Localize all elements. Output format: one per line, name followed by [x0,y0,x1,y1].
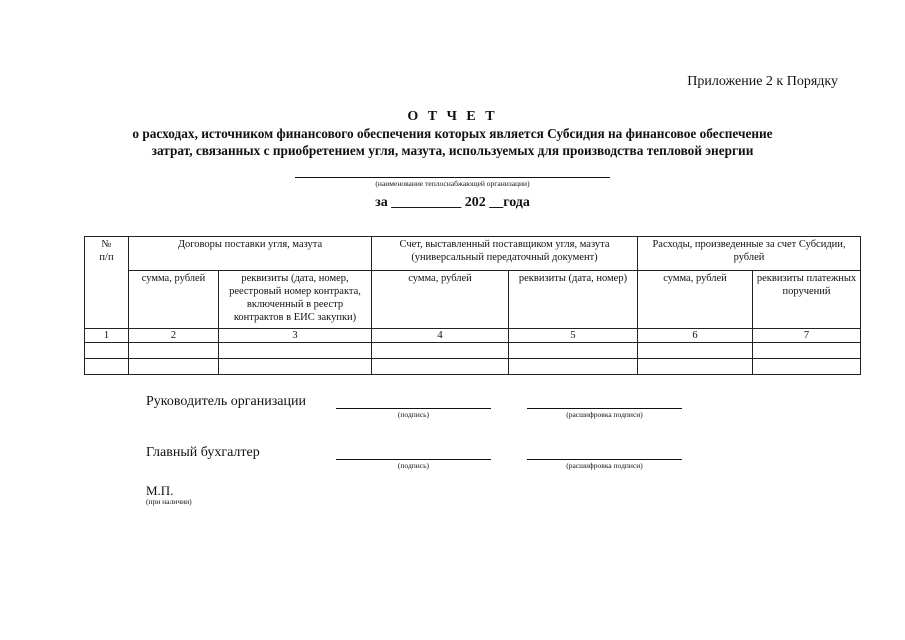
organization-name-field[interactable] [295,177,610,178]
table-cell[interactable] [219,343,372,359]
subheader-contract-details: реквизиты (дата, номер, реестровый номер… [219,271,372,329]
table-cell[interactable] [372,343,509,359]
signature-role-director: Руководитель организации [146,394,306,410]
subheader-contract-sum: сумма, рублей [129,271,219,329]
director-signature-field[interactable] [336,408,491,409]
accountant-name-caption: (расшифровка подписи) [527,461,682,470]
subheader-invoice-sum: сумма, рублей [372,271,509,329]
director-signature-caption: (подпись) [336,410,491,419]
subheader-expense-sum: сумма, рублей [638,271,753,329]
subtitle-line-1: о расходах, источником финансового обесп… [60,125,845,142]
organization-name-caption: (наименование теплоснабжающей организаци… [295,179,610,188]
subtitle-line-2: затрат, связанных с приобретением угля, … [60,142,845,159]
accountant-name-field[interactable] [527,459,682,460]
col-number-header: № п/п [85,237,129,329]
report-period: за __________ 202 __года [0,195,905,211]
stamp-caption: (при наличии) [146,497,192,506]
table-cell[interactable] [509,359,638,375]
table-row [85,343,861,359]
accountant-signature-caption: (подпись) [336,461,491,470]
table-cell[interactable] [509,343,638,359]
table-cell[interactable] [638,343,753,359]
column-number: 7 [753,329,861,343]
group-header-expenses: Расходы, произведенные за счет Субсидии,… [638,237,861,271]
table-cell[interactable] [129,359,219,375]
group-header-invoice: Счет, выставленный поставщиком угля, маз… [372,237,638,271]
column-number: 2 [129,329,219,343]
column-number: 1 [85,329,129,343]
signature-role-accountant: Главный бухгалтер [146,445,260,461]
accountant-signature-field[interactable] [336,459,491,460]
document-subtitle: о расходах, источником финансового обесп… [60,125,845,159]
table-cell[interactable] [753,343,861,359]
table-cell[interactable] [85,359,129,375]
table-cell[interactable] [85,343,129,359]
table-cell[interactable] [638,359,753,375]
column-number: 3 [219,329,372,343]
table-subheader-row: сумма, рублей реквизиты (дата, номер, ре… [85,271,861,329]
column-number: 5 [509,329,638,343]
column-number-row: 1 2 3 4 5 6 7 [85,329,861,343]
group-header-contracts: Договоры поставки угля, мазута [129,237,372,271]
table-cell[interactable] [219,359,372,375]
subheader-invoice-details: реквизиты (дата, номер) [509,271,638,329]
column-number: 6 [638,329,753,343]
document-title: О Т Ч Е Т [0,109,905,125]
appendix-reference: Приложение 2 к Порядку [600,74,838,90]
table-row [85,359,861,375]
table-group-header-row: № п/п Договоры поставки угля, мазута Сче… [85,237,861,271]
table-cell[interactable] [372,359,509,375]
table-cell[interactable] [753,359,861,375]
director-name-field[interactable] [527,408,682,409]
table-cell[interactable] [129,343,219,359]
director-name-caption: (расшифровка подписи) [527,410,682,419]
column-number: 4 [372,329,509,343]
report-table: № п/п Договоры поставки угля, мазута Сче… [84,236,861,375]
subheader-payment-orders: реквизиты платежных поручений [753,271,861,329]
